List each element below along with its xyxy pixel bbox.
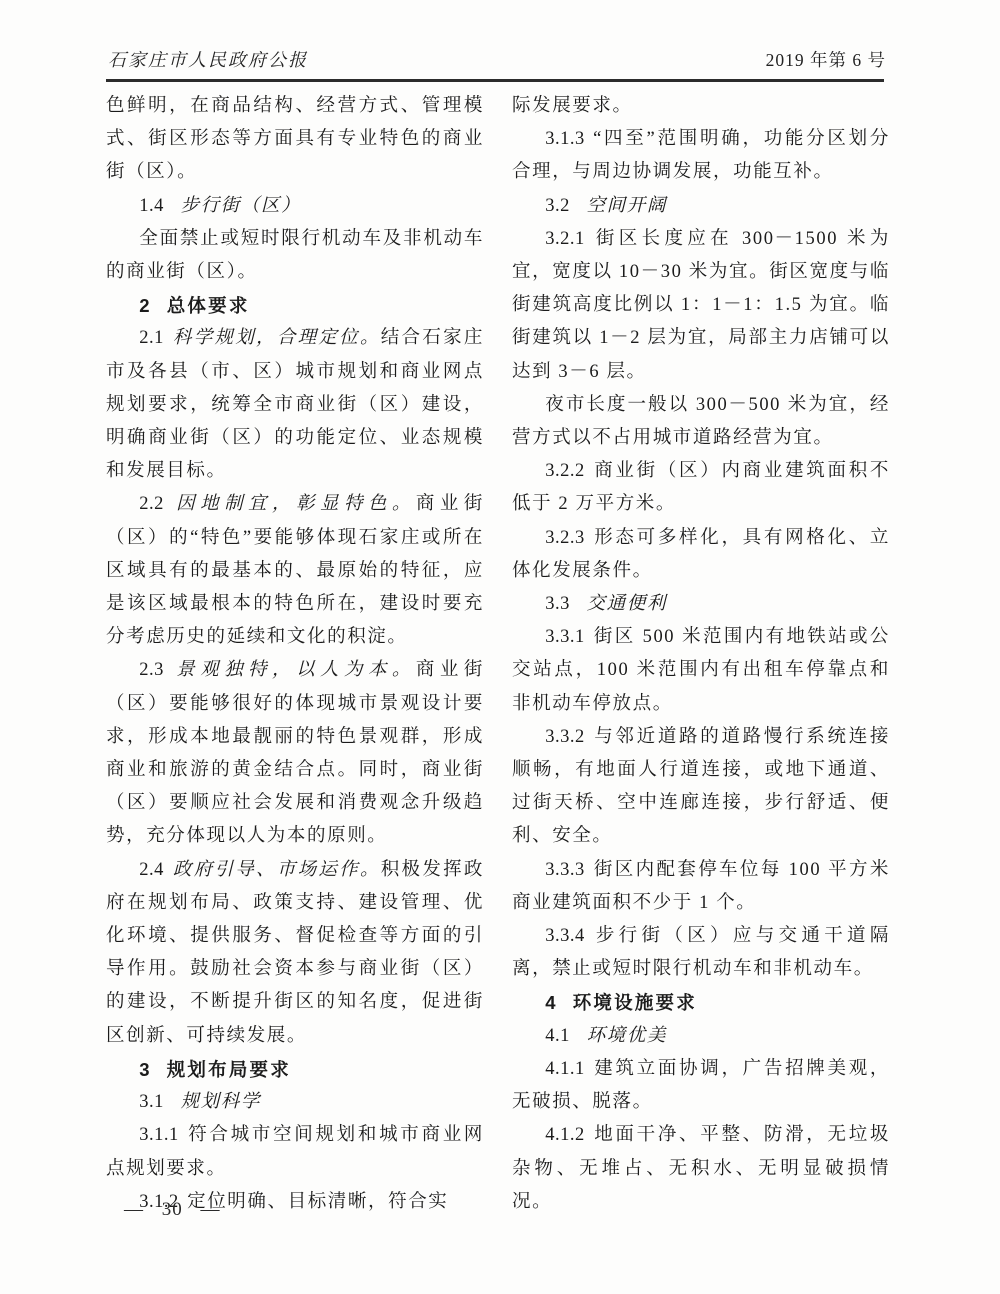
subsection-heading: 4.1环境优美 xyxy=(512,1020,890,1053)
body-paragraph: 2.4政府引导、市场运作。积极发挥政府在规划布局、政策支持、建设管理、优化环境、… xyxy=(106,854,484,1053)
body-paragraph: 2.1科学规划，合理定位。结合石家庄市及各县（市、区）城市规划和商业网点规划要求… xyxy=(106,322,484,488)
clause-title: 空间开阔 xyxy=(587,196,667,216)
clause-number: 3.2.2 xyxy=(545,461,585,481)
body-paragraph: 3.1.3“四至”范围明确，功能分区划分合理，与周边协调发展，功能互补。 xyxy=(512,123,890,189)
clause-number: 3.2 xyxy=(545,196,570,216)
clause-number: 3.2.1 xyxy=(545,229,585,249)
subsection-heading: 1.4步行街（区） xyxy=(106,190,484,223)
clause-number: 3.3.1 xyxy=(545,627,585,647)
clause-number: 2 xyxy=(139,295,150,316)
header-divider xyxy=(106,79,884,82)
clause-title: 步行街（区） xyxy=(181,196,302,216)
clause-number: 4 xyxy=(545,992,556,1013)
paragraph-text: 积极发挥政府在规划布局、政策支持、建设管理、优化环境、提供服务、督促检查等方面的… xyxy=(106,860,484,1046)
paragraph-text: 街区长度应在 300－1500 米为宜，宽度以 10－30 米为宜。街区宽度与临… xyxy=(512,229,890,382)
clause-title: 因地制宜，彰显特色。 xyxy=(172,494,416,514)
body-paragraph: 色鲜明，在商品结构、经营方式、管理模式、街区形态等方面具有专业特色的商业街（区）… xyxy=(106,90,484,190)
paragraph-text: 色鲜明，在商品结构、经营方式、管理模式、街区形态等方面具有专业特色的商业街（区）… xyxy=(106,96,484,182)
section-title: 环境设施要求 xyxy=(573,992,697,1013)
section-title: 规划布局要求 xyxy=(167,1059,291,1080)
clause-number: 2.1 xyxy=(139,328,164,348)
clause-number: 3.2.3 xyxy=(545,528,585,548)
clause-number: 3.3.2 xyxy=(545,727,585,747)
body-paragraph: 3.3.4步行街（区）应与交通干道隔离，禁止或短时限行机动车和非机动车。 xyxy=(512,920,890,986)
body-paragraph: 际发展要求。 xyxy=(512,90,890,123)
subsection-heading: 3.3交通便利 xyxy=(512,588,890,621)
page-number: — 30 — xyxy=(124,1199,221,1221)
body-paragraph: 3.2.2商业街（区）内商业建筑面积不低于 2 万平方米。 xyxy=(512,455,890,521)
publication-title: 石家庄市人民政府公报 xyxy=(108,46,308,72)
paragraph-text: 结合石家庄市及各县（市、区）城市规划和商业网点规划要求，统筹全市商业街（区）建设… xyxy=(106,328,484,481)
clause-title: 环境优美 xyxy=(587,1026,667,1046)
right-column: 际发展要求。 3.1.3“四至”范围明确，功能分区划分合理，与周边协调发展，功能… xyxy=(512,90,890,1219)
section-heading: 3规划布局要求 xyxy=(106,1053,484,1086)
clause-number: 4.1 xyxy=(545,1026,570,1046)
section-heading: 2总体要求 xyxy=(106,289,484,322)
body-paragraph: 3.2.3形态可多样化，具有网格化、立体化发展条件。 xyxy=(512,522,890,588)
clause-number: 2.4 xyxy=(139,860,164,880)
two-column-body: 色鲜明，在商品结构、经营方式、管理模式、街区形态等方面具有专业特色的商业街（区）… xyxy=(106,90,890,1219)
body-paragraph: 3.3.1街区 500 米范围内有地铁站或公交站点，100 米范围内有出租车停靠… xyxy=(512,621,890,721)
paragraph-text: 商业街（区）的“特色”要能够体现石家庄或所在区域具有的最基本的、最原始的特征，应… xyxy=(106,494,484,647)
body-paragraph: 3.1.1符合城市空间规划和城市商业网点规划要求。 xyxy=(106,1119,484,1185)
paragraph-text: 际发展要求。 xyxy=(512,96,633,116)
paragraph-text: 商业街（区）要能够很好的体现城市景观设计要求，形成本地最靓丽的特色景观群，形成商… xyxy=(106,660,484,846)
clause-title: 科学规划，合理定位。 xyxy=(172,328,381,348)
body-paragraph: 2.3景观独特，以人为本。商业街（区）要能够很好的体现城市景观设计要求，形成本地… xyxy=(106,654,484,853)
paragraph-text: 全面禁止或短时限行机动车及非机动车的商业街（区）。 xyxy=(106,229,484,282)
clause-number: 3.3.3 xyxy=(545,860,585,880)
clause-title: 交通便利 xyxy=(587,594,667,614)
body-paragraph: 全面禁止或短时限行机动车及非机动车的商业街（区）。 xyxy=(106,223,484,289)
section-title: 总体要求 xyxy=(167,295,250,316)
clause-number: 3.1.3 xyxy=(545,129,585,149)
clause-number: 2.2 xyxy=(139,494,164,514)
subsection-heading: 3.2空间开阔 xyxy=(512,190,890,223)
paragraph-text: 定位明确、目标清晰，符合实 xyxy=(187,1192,448,1212)
body-paragraph: 夜市长度一般以 300－500 米为宜，经营方式以不占用城市道路经营为宜。 xyxy=(512,389,890,455)
body-paragraph: 4.1.2地面干净、平整、防滑，无垃圾杂物、无堆占、无积水、无明显破损情况。 xyxy=(512,1119,890,1219)
clause-number: 4.1.1 xyxy=(545,1059,585,1079)
clause-number: 4.1.2 xyxy=(545,1125,585,1145)
clause-number: 3.1.1 xyxy=(139,1125,179,1145)
paragraph-text: 夜市长度一般以 300－500 米为宜，经营方式以不占用城市道路经营为宜。 xyxy=(512,395,890,448)
clause-number: 2.3 xyxy=(139,660,164,680)
body-paragraph: 2.2因地制宜，彰显特色。商业街（区）的“特色”要能够体现石家庄或所在区域具有的… xyxy=(106,488,484,654)
clause-title: 规划科学 xyxy=(181,1092,261,1112)
left-column: 色鲜明，在商品结构、经营方式、管理模式、街区形态等方面具有专业特色的商业街（区）… xyxy=(106,90,484,1219)
clause-title: 景观独特，以人为本。 xyxy=(172,660,416,680)
clause-number: 3.3.4 xyxy=(545,926,585,946)
clause-number: 3.1 xyxy=(139,1092,164,1112)
issue-number: 2019 年第 6 号 xyxy=(766,47,886,72)
clause-number: 1.4 xyxy=(139,196,164,216)
body-paragraph: 3.2.1街区长度应在 300－1500 米为宜，宽度以 10－30 米为宜。街… xyxy=(512,223,890,389)
section-heading: 4环境设施要求 xyxy=(512,986,890,1019)
body-paragraph: 4.1.1建筑立面协调，广告招牌美观，无破损、脱落。 xyxy=(512,1053,890,1119)
clause-number: 3 xyxy=(139,1059,150,1080)
subsection-heading: 3.1规划科学 xyxy=(106,1086,484,1119)
clause-title: 政府引导、市场运作。 xyxy=(172,860,381,880)
body-paragraph: 3.3.2与邻近道路的道路慢行系统连接顺畅，有地面人行道连接，或地下通道、过街天… xyxy=(512,721,890,854)
clause-number: 3.3 xyxy=(545,594,570,614)
gazette-page: 石家庄市人民政府公报 2019 年第 6 号 色鲜明，在商品结构、经营方式、管理… xyxy=(0,0,1000,1294)
body-paragraph: 3.3.3街区内配套停车位每 100 平方米商业建筑面积不少于 1 个。 xyxy=(512,854,890,920)
page-header: 石家庄市人民政府公报 2019 年第 6 号 xyxy=(108,46,886,72)
